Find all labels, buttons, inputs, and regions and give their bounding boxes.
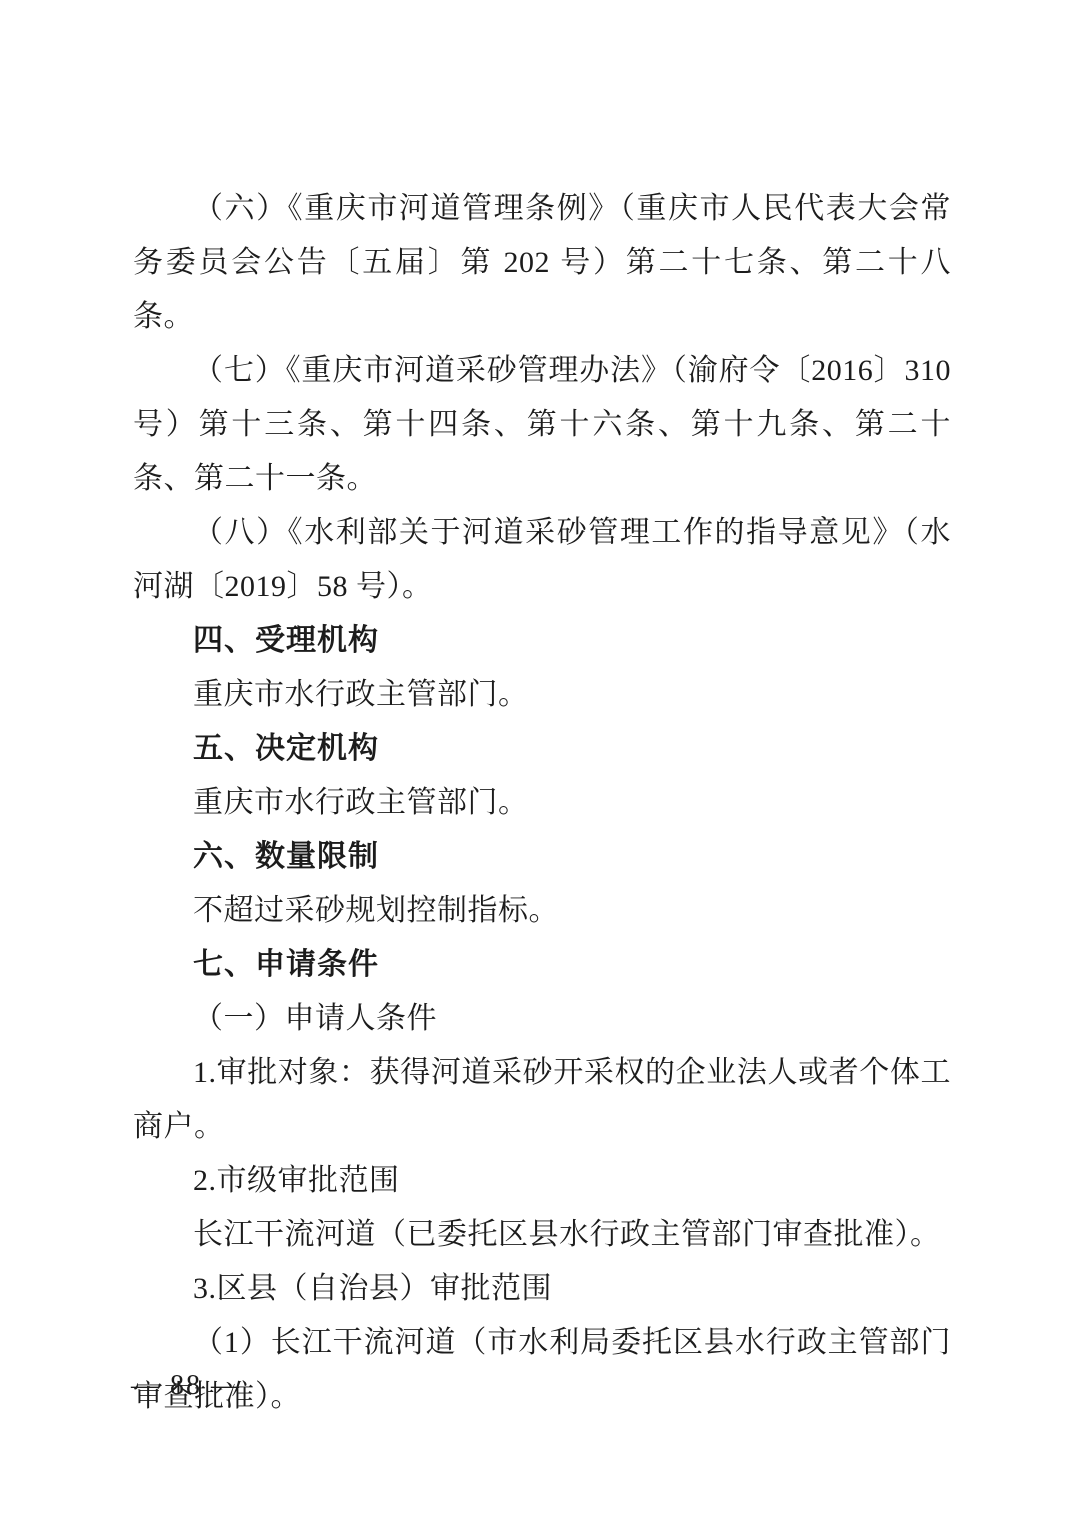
document-body: （六）《重庆市河道管理条例》（重庆市人民代表大会常务委员会公告〔五届〕第 202… [133,182,951,1424]
para-legal-basis-item-8: （八）《水利部关于河道采砂管理工作的指导意见》（水河湖〔2019〕58 号）。 [133,506,951,614]
para-approval-target: 1.审批对象：获得河道采砂开采权的企业法人或者个体工商户。 [133,1046,951,1154]
para-legal-basis-item-6: （六）《重庆市河道管理条例》（重庆市人民代表大会常务委员会公告〔五届〕第 202… [133,182,951,344]
heading-section-6-quantity-limit: 六、数量限制 [133,830,951,884]
heading-section-4-accepting-agency: 四、受理机构 [133,614,951,668]
para-county-scope-title: 3.区县（自治县）审批范围 [133,1262,951,1316]
para-accepting-agency: 重庆市水行政主管部门。 [133,668,951,722]
para-deciding-agency: 重庆市水行政主管部门。 [133,776,951,830]
para-legal-basis-item-7: （七）《重庆市河道采砂管理办法》（渝府令〔2016〕310 号）第十三条、第十四… [133,344,951,506]
page-number: — 88 — [131,1368,241,1404]
document-page: （六）《重庆市河道管理条例》（重庆市人民代表大会常务委员会公告〔五届〕第 202… [0,0,1074,1520]
para-applicant-conditions-title: （一）申请人条件 [133,992,951,1046]
para-municipal-scope-title: 2.市级审批范围 [133,1154,951,1208]
para-county-scope-item-1: （1）长江干流河道（市水利局委托区县水行政主管部门审查批准）。 [133,1316,951,1424]
heading-section-7-application-conditions: 七、申请条件 [133,938,951,992]
para-quantity-limit: 不超过采砂规划控制指标。 [133,884,951,938]
heading-section-5-deciding-agency: 五、决定机构 [133,722,951,776]
para-municipal-scope-detail: 长江干流河道（已委托区县水行政主管部门审查批准）。 [133,1208,951,1262]
